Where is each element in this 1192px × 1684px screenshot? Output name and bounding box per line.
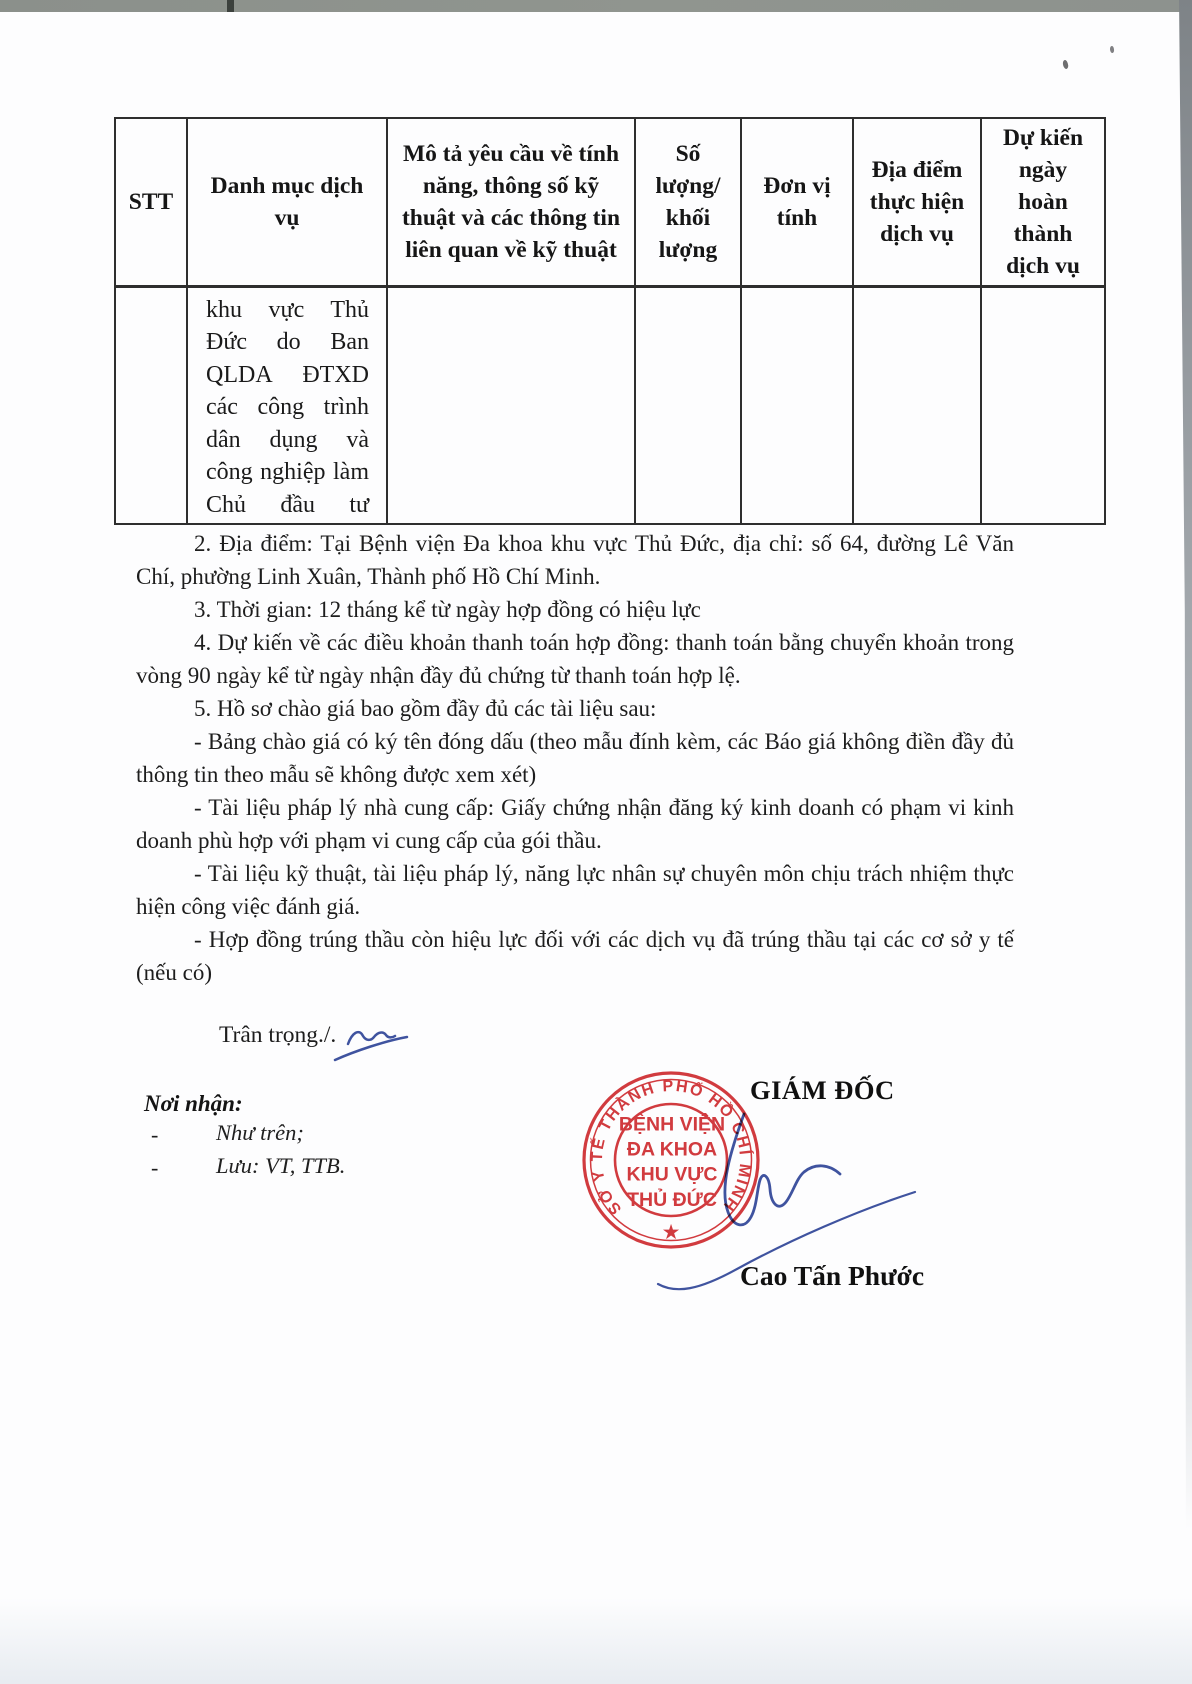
table-row: khu vực Thủ Đức do Ban QLDA ĐTXD các côn… [115,286,1105,524]
dust-speck [1062,59,1070,69]
bullet-tai-lieu-phap-ly: - Tài liệu pháp lý nhà cung cấp: Giấy ch… [136,791,1014,857]
scanned-document-page: STT Danh mục dịch vụ Mô tả yêu cầu về tí… [0,0,1192,1684]
bullet-hop-dong: - Hợp đồng trúng thầu còn hiệu lực đối v… [136,923,1014,989]
stamp-line-3: KHU VỰC [627,1164,718,1186]
closing-pen-underline [335,1037,407,1060]
col-header-dia-diem: Địa điểm thực hiện dịch vụ [853,118,981,286]
bullet-tai-lieu-ky-thuat: - Tài liệu kỹ thuật, tài liệu pháp lý, n… [136,857,1014,923]
closing-pen-squiggle [348,1032,395,1044]
recipient-dash: - [151,1122,158,1148]
dust-speck [1109,46,1114,54]
document-body: 2. Địa điểm: Tại Bệnh viện Đa khoa khu v… [136,527,1014,989]
stamp-star-icon: ★ [662,1220,681,1244]
hospital-red-stamp: SỞ Y TẾ THÀNH PHỐ HỒ CHÍ MINH BỆNH VIỆN … [578,1066,764,1254]
bullet-bang-chao-gia: - Bảng chào giá có ký tên đóng dấu (theo… [136,725,1014,791]
cell-so-luong [635,286,741,524]
recipient-item: Như trên; [216,1120,304,1146]
cell-mo-ta [387,286,635,524]
cell-du-kien [981,286,1105,524]
recipients-label: Nơi nhận: [144,1091,243,1117]
recipient-dash: - [151,1155,158,1181]
cell-danh-muc: khu vực Thủ Đức do Ban QLDA ĐTXD các côn… [187,286,387,524]
col-header-mo-ta: Mô tả yêu cầu về tính năng, thông số kỹ … [387,118,635,286]
table-header-row: STT Danh mục dịch vụ Mô tả yêu cầu về tí… [115,118,1105,286]
col-header-du-kien: Dự kiến ngày hoàn thành dịch vụ [981,118,1105,286]
paragraph-dia-diem: 2. Địa điểm: Tại Bệnh viện Đa khoa khu v… [136,527,1014,593]
scanner-edge-mark [227,0,234,12]
scanner-edge-right [1174,0,1192,1530]
paragraph-thanh-toan: 4. Dự kiến về các điều khoản thanh toán … [136,626,1014,692]
stamp-line-4: THỦ ĐỨC [627,1187,717,1211]
col-header-stt: STT [115,118,187,286]
col-header-so-luong: Số lượng/ khối lượng [635,118,741,286]
paragraph-ho-so: 5. Hồ sơ chào giá bao gồm đầy đủ các tài… [136,692,1014,725]
recipient-item: Lưu: VT, TTB. [216,1153,345,1179]
stamp-line-2: ĐA KHOA [627,1139,717,1161]
cell-don-vi [741,286,853,524]
stamp-line-1: BỆNH VIỆN [619,1112,725,1136]
cell-dia-diem [853,286,981,524]
service-table: STT Danh mục dịch vụ Mô tả yêu cầu về tí… [114,117,1106,525]
signer-name: Cao Tấn Phước [740,1260,924,1292]
cell-stt [115,286,187,524]
scan-bottom-shading [0,1598,1192,1684]
col-header-danh-muc: Danh mục dịch vụ [187,118,387,286]
closing-salutation: Trân trọng./. [219,1022,336,1049]
col-header-don-vi: Đơn vị tính [741,118,853,286]
paragraph-thoi-gian: 3. Thời gian: 12 tháng kể từ ngày hợp đồ… [136,593,1014,626]
scanner-edge-top [0,0,1192,12]
signer-title: GIÁM ĐỐC [750,1075,895,1106]
